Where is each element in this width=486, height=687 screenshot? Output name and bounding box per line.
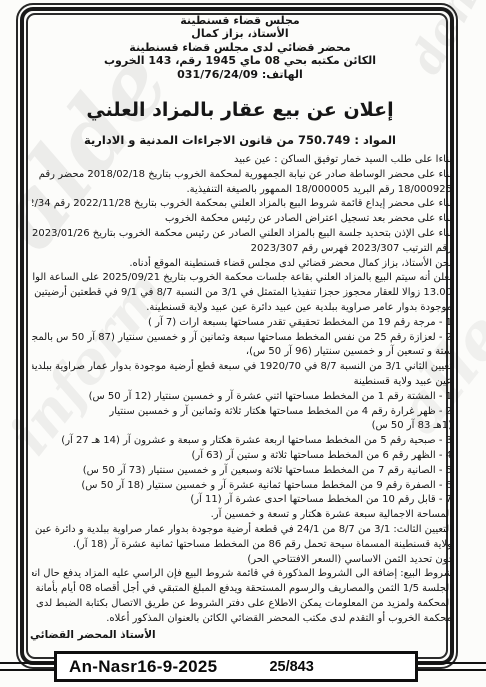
scanned-legal-announcement: alde inform alle dens مجلس قضاء قسنطينة … (0, 0, 486, 687)
publication-name-date: An-Nasr16-9-2025 (69, 657, 217, 677)
publication-box: An-Nasr16-9-2025 25/843 (54, 651, 418, 682)
signature-line: الأستاذ المحضر القضائي (28, 629, 452, 641)
body-line: 1 - مرجة رقم 19 من المخطط تحقيقي تقدر مس… (32, 316, 452, 331)
body-line: المساحة الاجمالية سبعة عشرة هكتار و تسعة… (32, 508, 452, 523)
footer-rule-left (0, 662, 54, 671)
body-line: تعيين الثاني 3/1 من النسبة 8/7 في 1920/7… (32, 360, 452, 375)
body-line: التعيين الثالث: 3/1 من 8/7 من 24/1 في قط… (32, 523, 452, 538)
body-line: بناء على محضر إيداع قائمة شروط البيع بال… (32, 197, 452, 212)
body-line: عين عبيد ولاية قسنطينة (32, 375, 452, 390)
body-line: الجلسة 1/5 الثمن والمصاريف والرسوم المست… (32, 582, 452, 597)
body-line: بناء على محضر الوساطة صادر عن نيابة الجم… (32, 168, 452, 183)
body-line: بناءا على طلب السيد خمار توفيق الساكن : … (32, 153, 452, 168)
body-line: بناء على محضر بعد تسجيل اعتراض الصادر عن… (32, 212, 452, 227)
court-name: مجلس قضاء قسنطينة (28, 14, 452, 27)
body-line: 13.00 زوالا للعقار محجوز حجزا تنفيذيا ال… (32, 286, 452, 301)
body-line: (1هـ 83 آر 50 س) (32, 419, 452, 434)
body-line: 4 - الظهر رقم 6 من المخطط مساحتها ثلاثة … (32, 449, 452, 464)
body-line: نعلن أنه سيتم البيع بالمزاد العلني بقاعة… (32, 271, 452, 286)
body-line: 3 - صبحية رقم 5 من المخطط مساحتها اربعة … (32, 434, 452, 449)
body-line: 6 - الصفرة رقم 9 من المخطط مساحتها ثماني… (32, 479, 452, 494)
body-line: ولاية قسنطينة المسماة سيحة تحمل رقم 86 م… (32, 538, 452, 553)
body-line: ستة و تسعين آر و خمسين سنتيار (96 آر 50 … (32, 345, 452, 360)
body-line: موجودة بدوار عامر صراوية ببلدية عين عبيد… (32, 301, 452, 316)
body-line: نحن الأستاذ، بزاز كمال محضر قضائي لدى مج… (32, 257, 452, 272)
body-line: المحكمة ولمزيد من المعلومات يمكن الاطلاع… (32, 597, 452, 612)
body-line: شروط البيع: إضافة الى الشروط المذكورة في… (32, 567, 452, 582)
bailiff-role: محضر قضائي لدى مجلس قضاء قسنطينة (28, 41, 452, 54)
body-line: بناء على الإذن بتحديد جلسة البيع بالمزاد… (32, 227, 452, 242)
announcement-body: بناءا على طلب السيد خمار توفيق الساكن : … (32, 153, 452, 627)
body-line: 7 - قابل رقم 10 من المخطط مساحتها احدى ع… (32, 493, 452, 508)
body-line: 5 - الصانية رقم 7 من المخطط مساحتها ثلاث… (32, 464, 452, 479)
body-line: 1 - المشتة رقم 1 من المخطط مساحتها اثني … (32, 390, 452, 405)
legal-articles-line: المواد : 750.749 من قانون الاجراءات المد… (28, 133, 452, 147)
announcement-title: إعلان عن بيع عقار بالمزاد العلني (28, 99, 452, 121)
footer-rule-right (418, 662, 486, 671)
body-line: 2 - لعزازة رقم 25 من نفس المخطط مساحتها … (32, 331, 452, 346)
announcement-ref: 25/843 (269, 659, 313, 675)
body-line: 2 - ظهر غرارة رقم 4 من المخطط مساحتها هك… (32, 405, 452, 420)
document-content: مجلس قضاء قسنطينة الأستاذ، بزاز كمال محض… (28, 14, 452, 641)
body-line: رقم الترتيب 2023/307 فهرس رقم 2023/307 (32, 242, 452, 257)
body-line: 18/000925 رقم البريد 18/000005 الممهور ب… (32, 183, 452, 198)
office-address: الكائن مكتبه بحي 08 ماي 1945 رقم، 143 ال… (28, 54, 452, 67)
body-line: محكمة الخروب أو التقدم لدى مكتب المحضر ا… (32, 612, 452, 627)
bailiff-name: الأستاذ، بزاز كمال (28, 27, 452, 40)
phone-number: الهاتف: 031/76/24/09 (28, 68, 452, 81)
body-line: دون تحديد الثمن الاساسي (السعر الافتتاحي… (32, 553, 452, 568)
